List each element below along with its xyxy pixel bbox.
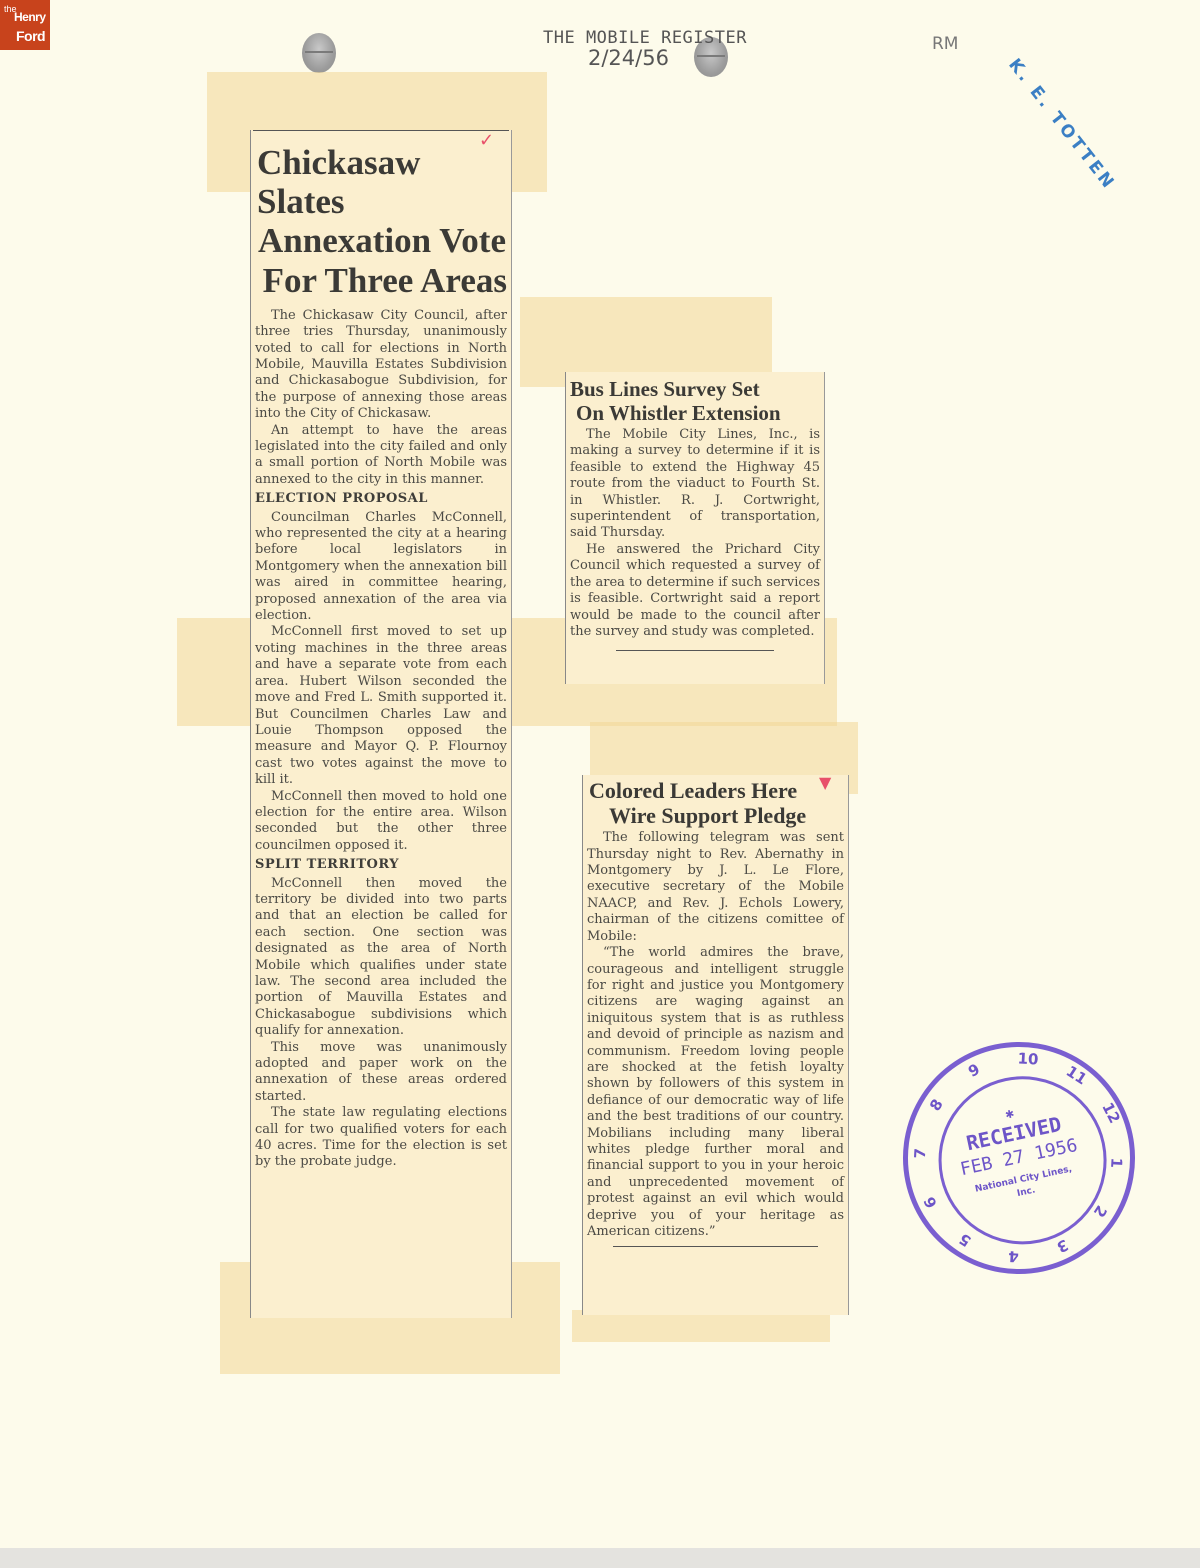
headline: Chickasaw Slates Annexation Vote For Thr… [251, 131, 511, 300]
subheading: SPLIT TERRITORY [255, 857, 507, 873]
source-label: THE MOBILE REGISTER [543, 28, 747, 48]
stamp-hour-mark: 2 [1090, 1202, 1111, 1221]
stamp-hour-mark: 5 [956, 1230, 975, 1251]
article-body: The Mobile City Lines, Inc., is making a… [566, 425, 824, 640]
article-end-rule [616, 650, 774, 651]
paragraph: McConnell then moved to hold one electio… [255, 789, 507, 855]
check-mark-icon: ✓ [479, 130, 494, 151]
paragraph: He answered the Prichard City Council wh… [570, 542, 820, 640]
henry-ford-logo: the Henry Ford [0, 0, 50, 50]
stamp-hour-ring: 891011121234567 [887, 1026, 1104, 1072]
recipient-stamp: K. E. TOTTEN [1004, 55, 1119, 194]
stamp-hour-mark: 11 [1063, 1062, 1090, 1088]
stamp-hour-mark: 8 [926, 1096, 947, 1115]
check-mark-icon: ▼ [819, 773, 831, 792]
headline-line-2: Annexation Vote [257, 221, 507, 260]
headline: Colored Leaders Here Wire Support Pledge [583, 775, 848, 828]
paragraph: “The world admires the brave, courageous… [587, 945, 844, 1240]
stamp-hour-mark: 3 [1054, 1235, 1071, 1256]
clipping-date: 2/24/56 [588, 46, 669, 70]
paragraph: Councilman Charles McConnell, who repres… [255, 510, 507, 625]
received-stamp: 891011121234567 ✱ RECEIVED FEB 27 1956 N… [881, 1020, 1156, 1295]
article-chickasaw: ✓ Chickasaw Slates Annexation Vote For T… [250, 130, 512, 1318]
paragraph: The following telegram was sent Thursday… [587, 830, 844, 945]
article-bus-lines: Bus Lines Survey Set On Whistler Extensi… [565, 372, 825, 684]
article-body: The Chickasaw City Council, after three … [251, 300, 511, 1171]
scrapbook-page: the Henry Ford THE MOBILE REGISTER 2/24/… [0, 0, 1200, 1548]
headline-line-1: Bus Lines Survey Set [570, 378, 820, 402]
logo-ford: Ford [16, 28, 45, 44]
subheading: ELECTION PROPOSAL [255, 491, 507, 507]
paragraph: The Chickasaw City Council, after three … [255, 308, 507, 423]
paragraph: An attempt to have the areas legislated … [255, 423, 507, 489]
paragraph: McConnell first moved to set up voting m… [255, 624, 507, 788]
headline-line-2: On Whistler Extension [570, 402, 820, 426]
paragraph: This move was unanimously adopted and pa… [255, 1040, 507, 1106]
logo-henry: Henry [14, 10, 46, 24]
paragraph: McConnell then moved the territory be di… [255, 876, 507, 1040]
stamp-hour-mark: 4 [1007, 1247, 1018, 1266]
article-body: The following telegram was sent Thursday… [583, 828, 848, 1240]
paragraph: The state law regulating elections call … [255, 1105, 507, 1171]
stamp-hour-mark: 10 [1018, 1050, 1040, 1069]
initials-mark: RM [932, 34, 958, 54]
article-end-rule [613, 1246, 818, 1247]
headline-line-1: Chickasaw Slates [257, 143, 507, 221]
punch-hole-left [302, 33, 336, 73]
headline-line-1: Colored Leaders Here [589, 779, 844, 804]
stamp-hour-mark: 9 [965, 1060, 982, 1081]
scan-background [0, 1548, 1200, 1568]
headline-line-2: Wire Support Pledge [589, 804, 844, 829]
paragraph: The Mobile City Lines, Inc., is making a… [570, 427, 820, 542]
headline: Bus Lines Survey Set On Whistler Extensi… [566, 372, 824, 425]
article-colored-leaders: ▼ Colored Leaders Here Wire Support Pled… [582, 775, 849, 1315]
headline-line-3: For Three Areas [257, 261, 507, 300]
